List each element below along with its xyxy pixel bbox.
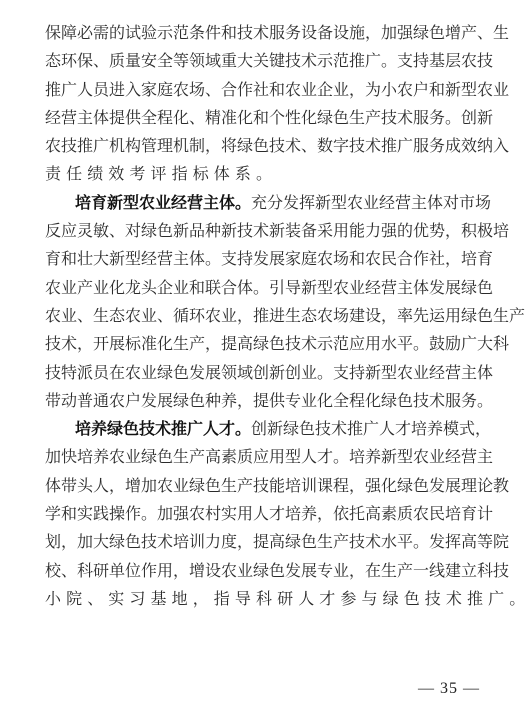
- text-line: 农业、生态农业、循环农业，推进生态农场建设，率先运用绿色生产: [45, 302, 491, 330]
- text-line: 推广人员进入家庭农场、合作社和农业企业，为小农户和新型农业: [45, 76, 491, 104]
- text-line: 保障必需的试验示范条件和技术服务设备设施，加强绿色增产、生: [45, 19, 491, 47]
- paragraph-2: 培育新型农业经营主体。充分发挥新型农业经营主体对市场 反应灵敏、对绿色新品种新技…: [45, 189, 491, 415]
- text-line: 经营主体提供全程化、精准化和个性化绿色生产技术服务。创新: [45, 104, 491, 132]
- text-line: 小院、实习基地，指导科研人才参与绿色技术推广。: [45, 585, 491, 613]
- text-line: 反应灵敏、对绿色新品种新技术新装备采用能力强的优势，积极培: [45, 217, 491, 245]
- paragraph-first-line: 培养绿色技术推广人才。创新绿色技术推广人才培养模式，: [45, 415, 491, 443]
- text-line: 校、科研单位作用，增设农业绿色发展专业，在生产一线建立科技: [45, 557, 491, 585]
- paragraph-first-line: 培育新型农业经营主体。充分发挥新型农业经营主体对市场: [45, 189, 491, 217]
- paragraph-3: 培养绿色技术推广人才。创新绿色技术推广人才培养模式， 加快培养农业绿色生产高素质…: [45, 415, 491, 613]
- text-line: 带动普通农户发展绿色种养，提供专业化全程化绿色技术服务。: [45, 387, 491, 415]
- document-body: 保障必需的试验示范条件和技术服务设备设施，加强绿色增产、生 态环保、质量安全等领…: [45, 19, 491, 613]
- text-line: 加快培养农业绿色生产高素质应用型人才。培养新型农业经营主: [45, 443, 491, 471]
- paragraph-heading: 培育新型农业经营主体。: [75, 193, 251, 212]
- text-line: 农业产业化龙头企业和联合体。引导新型农业经营主体发展绿色: [45, 274, 491, 302]
- text-line: 责任绩效考评指标体系。: [45, 160, 491, 188]
- paragraph-heading: 培养绿色技术推广人才。: [75, 419, 251, 438]
- text-run: 创新绿色技术推广人才培养模式，: [251, 419, 491, 438]
- text-line: 划，加大绿色技术培训力度，提高绿色生产技术水平。发挥高等院: [45, 528, 491, 556]
- text-line: 农技推广机构管理机制，将绿色技术、数字技术推广服务成效纳入: [45, 132, 491, 160]
- text-line: 技术，开展标准化生产，提高绿色技术示范应用水平。鼓励广大科: [45, 330, 491, 358]
- text-line: 体带头人，增加农业绿色生产技能培训课程，强化绿色发展理论教: [45, 472, 491, 500]
- page-number: — 35 —: [418, 680, 480, 698]
- text-line: 态环保、质量安全等领域重大关键技术示范推广。支持基层农技: [45, 47, 491, 75]
- text-line: 育和壮大新型经营主体。支持发展家庭农场和农民合作社，培育: [45, 245, 491, 273]
- text-line: 学和实践操作。加强农村实用人才培养，依托高素质农民培育计: [45, 500, 491, 528]
- text-run: 充分发挥新型农业经营主体对市场: [251, 193, 491, 212]
- paragraph-1: 保障必需的试验示范条件和技术服务设备设施，加强绿色增产、生 态环保、质量安全等领…: [45, 19, 491, 189]
- text-line: 技特派员在农业绿色发展领域创新创业。支持新型农业经营主体: [45, 359, 491, 387]
